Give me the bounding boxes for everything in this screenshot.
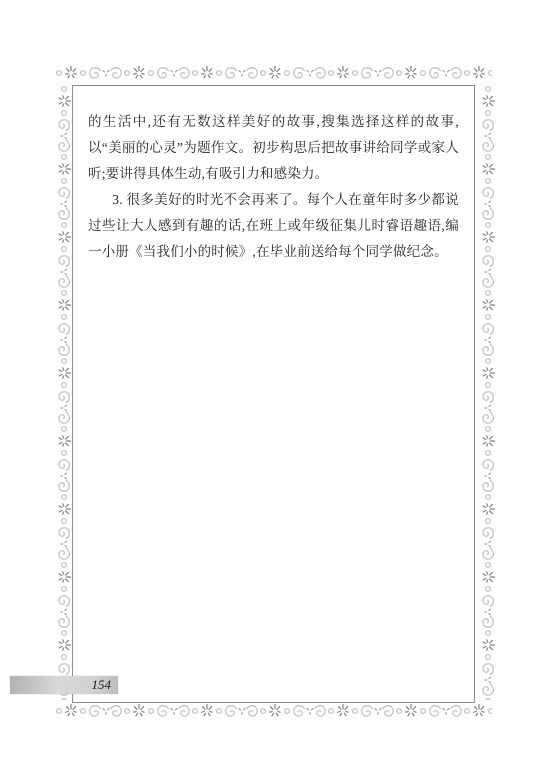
page-text: 的生活中,还有无数这样美好的故事,搜集选择这样的故事,以“美丽的心灵”为题作文。… — [88, 109, 459, 265]
page-number: 154 — [92, 677, 112, 693]
textbook-page: 的生活中,还有无数这样美好的故事,搜集选择这样的故事,以“美丽的心灵”为题作文。… — [0, 0, 550, 778]
ornament-border-top — [54, 61, 492, 85]
paragraph-item-3: 3. 很多美好的时光不会再来了。每个人在童年时多少都说过些让大人感到有趣的话,在… — [88, 187, 459, 265]
ornament-border-right — [476, 84, 498, 700]
page-number-bar: 154 — [10, 676, 118, 694]
ornament-border-left — [52, 84, 74, 700]
paragraph-continuation: 的生活中,还有无数这样美好的故事,搜集选择这样的故事,以“美丽的心灵”为题作文。… — [88, 109, 459, 187]
